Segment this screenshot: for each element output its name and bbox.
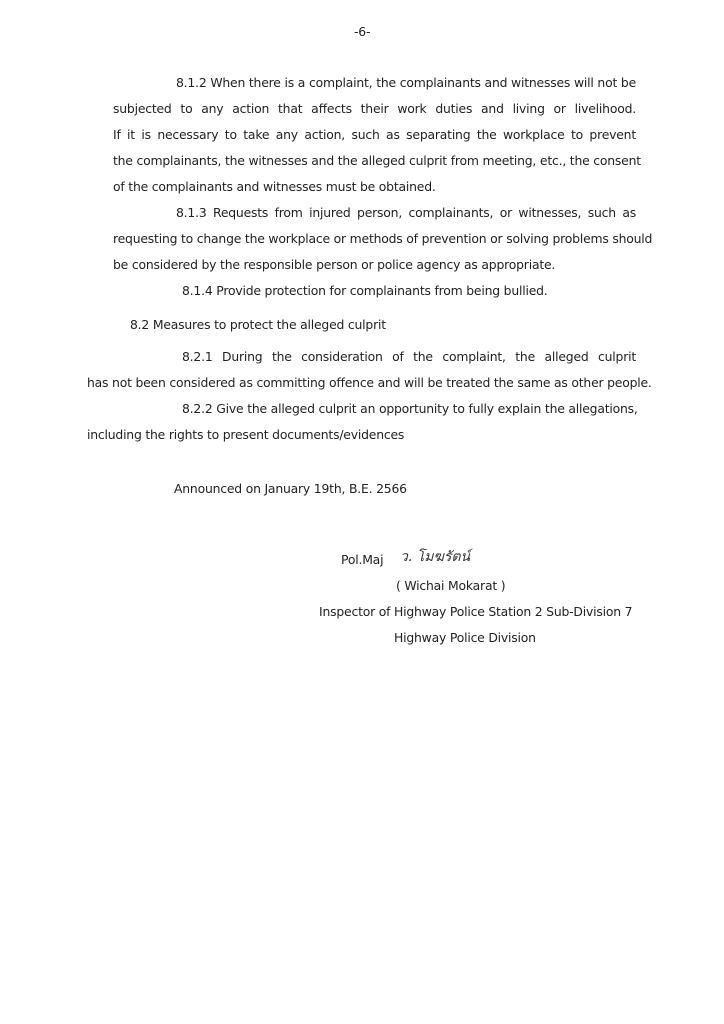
heading-8-2: 8.2 Measures to protect the alleged culp… [130,317,386,332]
para-8-1-2-line-5: of the complainants and witnesses must b… [113,179,436,194]
para-8-1-3-line-3: be considered by the responsible person … [113,257,555,272]
handwritten-signature: ว. โมฆรัตน์ [400,546,470,568]
para-8-1-3-line-1: 8.1.3 Requests from injured person, comp… [176,205,636,220]
para-8-1-2-line-4: the complainants, the witnesses and the … [113,153,641,168]
signatory-name: ( Wichai Mokarat ) [396,578,505,593]
signatory-title: Inspector of Highway Police Station 2 Su… [319,604,632,619]
para-8-1-2-line-2: subjected to any action that affects the… [113,101,636,116]
para-8-1-2-line-3: If it is necessary to take any action, s… [113,127,636,142]
announcement-date: Announced on January 19th, B.E. 2566 [174,481,407,496]
page-number: -6- [354,24,370,39]
signature-rank: Pol.Maj [341,552,383,567]
para-8-2-2-line-2: including the rights to present document… [87,427,404,442]
para-8-2-1-line-1: 8.2.1 During the consideration of the co… [182,349,636,364]
para-8-1-4: 8.1.4 Provide protection for complainant… [182,283,548,298]
para-8-2-2-line-1: 8.2.2 Give the alleged culprit an opport… [182,401,638,416]
para-8-2-1-line-2: has not been considered as committing of… [87,375,652,390]
para-8-1-2-line-1: 8.1.2 When there is a complaint, the com… [176,75,636,90]
signatory-division: Highway Police Division [394,630,536,645]
para-8-1-3-line-2: requesting to change the workplace or me… [113,231,652,246]
